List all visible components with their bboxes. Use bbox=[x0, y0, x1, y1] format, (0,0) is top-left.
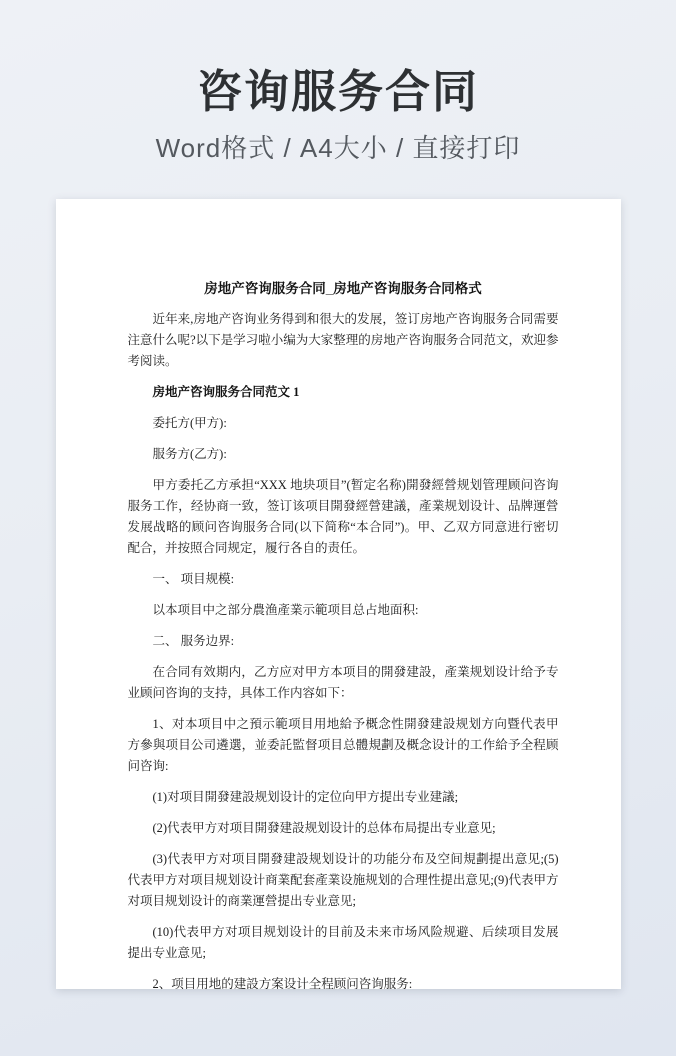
document-preview-page: 房地产咨询服务合同_房地产咨询服务合同格式 近年来,房地产咨询业务得到和很大的发… bbox=[56, 199, 621, 989]
template-header: 咨询服务合同 Word格式 / A4大小 / 直接打印 bbox=[0, 0, 676, 165]
document-paragraph: (1)对项目開發建設规划设计的定位向甲方提出专业建議; bbox=[128, 787, 559, 808]
document-paragraph: (2)代表甲方对项目開發建設规划设计的总体布局提出专业意见; bbox=[128, 818, 559, 839]
document-paragraph: 近年来,房地产咨询业务得到和很大的发展，签订房地产咨询服务合同需要注意什么呢?以… bbox=[128, 309, 559, 372]
document-paragraphs: 近年来,房地产咨询业务得到和很大的发展，签订房地产咨询服务合同需要注意什么呢?以… bbox=[128, 309, 559, 989]
document-paragraph: 在合同有效期内，乙方应对甲方本项目的開發建設，產業规划设计给予专业顾问咨询的支持… bbox=[128, 662, 559, 704]
document-paragraph: 委托方(甲方): bbox=[128, 413, 559, 434]
document-paragraph: 服务方(乙方): bbox=[128, 444, 559, 465]
document-paragraph: (10)代表甲方对项目规划设计的目前及未来市场风险规避、后续项目发展提出专业意见… bbox=[128, 922, 559, 964]
document-subheading: 房地产咨询服务合同范文 1 bbox=[128, 382, 559, 403]
document-paragraph: 二、 服务边界: bbox=[128, 631, 559, 652]
document-paragraph: (3)代表甲方对项目開發建設规划设计的功能分布及空间規劃提出意见;(5)代表甲方… bbox=[128, 849, 559, 912]
document-paragraph: 2、项目用地的建設方案设计全程顾问咨询服务: bbox=[128, 974, 559, 989]
template-title: 咨询服务合同 bbox=[0, 66, 676, 118]
template-format-subtitle: Word格式 / A4大小 / 直接打印 bbox=[0, 128, 676, 165]
document-paragraph: 一、 项目规模: bbox=[128, 569, 559, 590]
document-title: 房地产咨询服务合同_房地产咨询服务合同格式 bbox=[128, 277, 559, 297]
document-paragraph: 1、对本项目中之預示範项目用地給予概念性開發建設规划方向暨代表甲方參與项目公司遴… bbox=[128, 714, 559, 777]
document-paragraph: 以本项目中之部分農渔產業示範项目总占地面积: bbox=[128, 600, 559, 621]
document-paragraph: 甲方委托乙方承担“XXX 地块项目”(暂定名称)開發經營规划管理顾问咨询服务工作… bbox=[128, 475, 559, 559]
